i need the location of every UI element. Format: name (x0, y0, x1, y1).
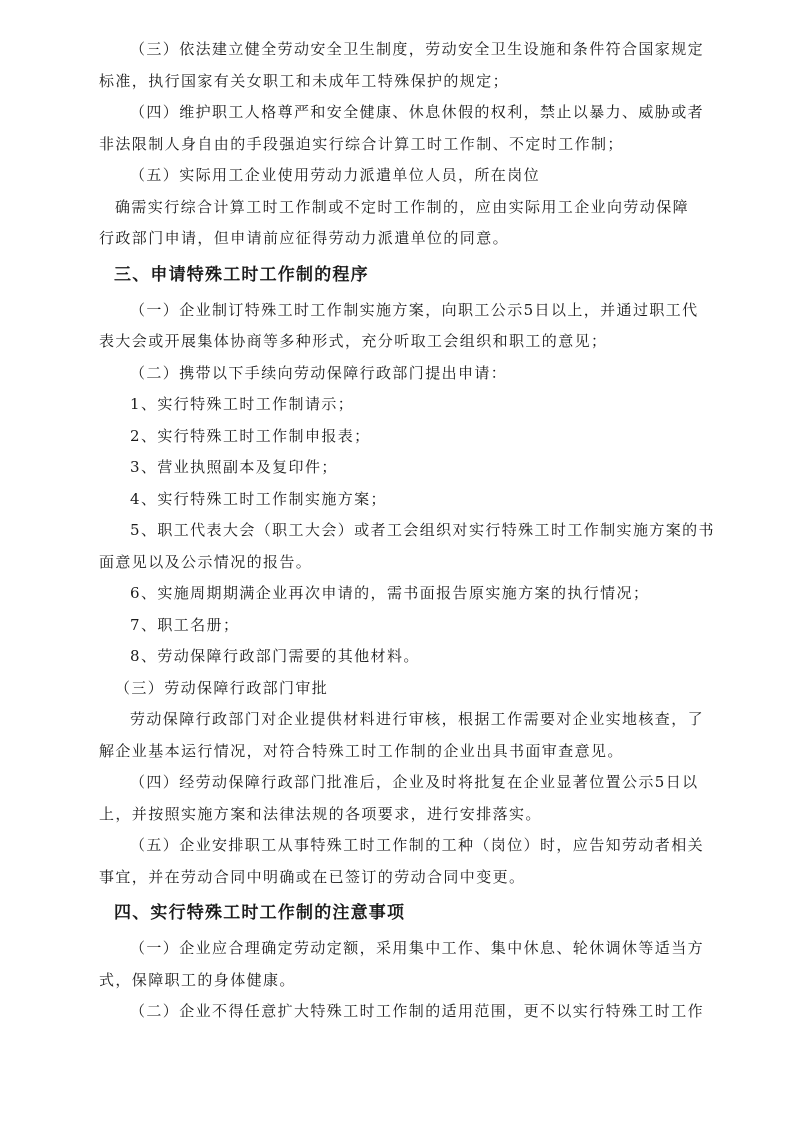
text-line: （四）经劳动保障行政部门批准后，企业及时将批复在企业显著位置公示5日以 (99, 767, 699, 799)
text-line: 标准，执行国家有关女职工和未成年工特殊保护的规定； (99, 66, 699, 98)
paragraph-item-3: （三）依法建立健全劳动安全卫生制度，劳动安全卫生设施和条件符合国家规定 标准，执… (99, 34, 699, 97)
text-line: 4、实行特殊工时工作制实施方案； (99, 484, 699, 516)
text-line: （一）企业制订特殊工时工作制实施方案，向职工公示5日以上，并通过职工代 (99, 295, 699, 327)
text-line: 式，保障职工的身体健康。 (99, 965, 699, 997)
paragraph-step-3: （三）劳动保障行政部门审批 (99, 673, 699, 705)
text-line: 事宜，并在劳动合同中明确或在已签订的劳动合同中变更。 (99, 862, 699, 894)
document-page: （三）依法建立健全劳动安全卫生制度，劳动安全卫生设施和条件符合国家规定 标准，执… (99, 34, 699, 1028)
paragraph-item-4: （四）维护职工人格尊严和安全健康、休息休假的权利，禁止以暴力、威胁或者 非法限制… (99, 97, 699, 160)
list-item-8: 8、劳动保障行政部门需要的其他材料。 (99, 641, 699, 673)
paragraph-step-5: （五）企业安排职工从事特殊工时工作制的工种（岗位）时，应告知劳动者相关 事宜，并… (99, 830, 699, 893)
list-item-1: 1、实行特殊工时工作制请示； (99, 389, 699, 421)
list-item-2: 2、实行特殊工时工作制申报表； (99, 421, 699, 453)
list-item-3: 3、营业执照副本及复印件； (99, 452, 699, 484)
paragraph-note-2: （二）企业不得任意扩大特殊工时工作制的适用范围，更不以实行特殊工时工作 (99, 996, 699, 1028)
text-line: 6、实施周期期满企业再次申请的，需书面报告原实施方案的执行情况； (99, 578, 699, 610)
section-heading-procedure: 三、申请特殊工时工作制的程序 (99, 257, 699, 293)
text-line: （五）实际用工企业使用劳动力派遣单位人员，所在岗位 (99, 160, 699, 192)
text-line: （四）维护职工人格尊严和安全健康、休息休假的权利，禁止以暴力、威胁或者 (99, 97, 699, 129)
text-line: 行政部门申请，但申请前应征得劳动力派遣单位的同意。 (99, 223, 699, 255)
paragraph-step-4: （四）经劳动保障行政部门批准后，企业及时将批复在企业显著位置公示5日以 上，并按… (99, 767, 699, 830)
list-item-7: 7、职工名册； (99, 610, 699, 642)
text-line: 2、实行特殊工时工作制申报表； (99, 421, 699, 453)
list-item-4: 4、实行特殊工时工作制实施方案； (99, 484, 699, 516)
list-item-6: 6、实施周期期满企业再次申请的，需书面报告原实施方案的执行情况； (99, 578, 699, 610)
text-line: 表大会或开展集体协商等多种形式，充分听取工会组织和职工的意见； (99, 326, 699, 358)
text-line: 7、职工名册； (99, 610, 699, 642)
text-line: （二）携带以下手续向劳动保障行政部门提出申请： (99, 358, 699, 390)
text-line: 确需实行综合计算工时工作制或不定时工作制的，应由实际用工企业向劳动保障 (99, 192, 699, 224)
text-line: （一）企业应合理确定劳动定额，采用集中工作、集中休息、轮休调休等适当方 (99, 933, 699, 965)
text-line: 非法限制人身自由的手段强迫实行综合计算工时工作制、不定时工作制； (99, 129, 699, 161)
text-line: 上，并按照实施方案和法律法规的各项要求，进行安排落实。 (99, 799, 699, 831)
text-line: 3、营业执照副本及复印件； (99, 452, 699, 484)
text-line: 劳动保障行政部门对企业提供材料进行审核，根据工作需要对企业实地核查，了 (99, 704, 699, 736)
text-line: （二）企业不得任意扩大特殊工时工作制的适用范围，更不以实行特殊工时工作 (99, 996, 699, 1028)
text-line: （五）企业安排职工从事特殊工时工作制的工种（岗位）时，应告知劳动者相关 (99, 830, 699, 862)
paragraph-dispatch-note: 确需实行综合计算工时工作制或不定时工作制的，应由实际用工企业向劳动保障 行政部门… (99, 192, 699, 255)
text-line: 面意见以及公示情况的报告。 (99, 547, 699, 579)
paragraph-step-2: （二）携带以下手续向劳动保障行政部门提出申请： (99, 358, 699, 390)
text-line: 5、职工代表大会（职工大会）或者工会组织对实行特殊工时工作制实施方案的书 (99, 515, 699, 547)
text-line: 8、劳动保障行政部门需要的其他材料。 (99, 641, 699, 673)
paragraph-item-5: （五）实际用工企业使用劳动力派遣单位人员，所在岗位 (99, 160, 699, 192)
paragraph-review: 劳动保障行政部门对企业提供材料进行审核，根据工作需要对企业实地核查，了 解企业基… (99, 704, 699, 767)
text-line: （三）劳动保障行政部门审批 (99, 673, 699, 705)
section-heading-notes: 四、实行特殊工时工作制的注意事项 (99, 895, 699, 931)
list-item-5: 5、职工代表大会（职工大会）或者工会组织对实行特殊工时工作制实施方案的书 面意见… (99, 515, 699, 578)
paragraph-step-1: （一）企业制订特殊工时工作制实施方案，向职工公示5日以上，并通过职工代 表大会或… (99, 295, 699, 358)
text-line: 解企业基本运行情况，对符合特殊工时工作制的企业出具书面审查意见。 (99, 736, 699, 768)
paragraph-note-1: （一）企业应合理确定劳动定额，采用集中工作、集中休息、轮休调休等适当方 式，保障… (99, 933, 699, 996)
text-line: （三）依法建立健全劳动安全卫生制度，劳动安全卫生设施和条件符合国家规定 (99, 34, 699, 66)
text-line: 1、实行特殊工时工作制请示； (99, 389, 699, 421)
